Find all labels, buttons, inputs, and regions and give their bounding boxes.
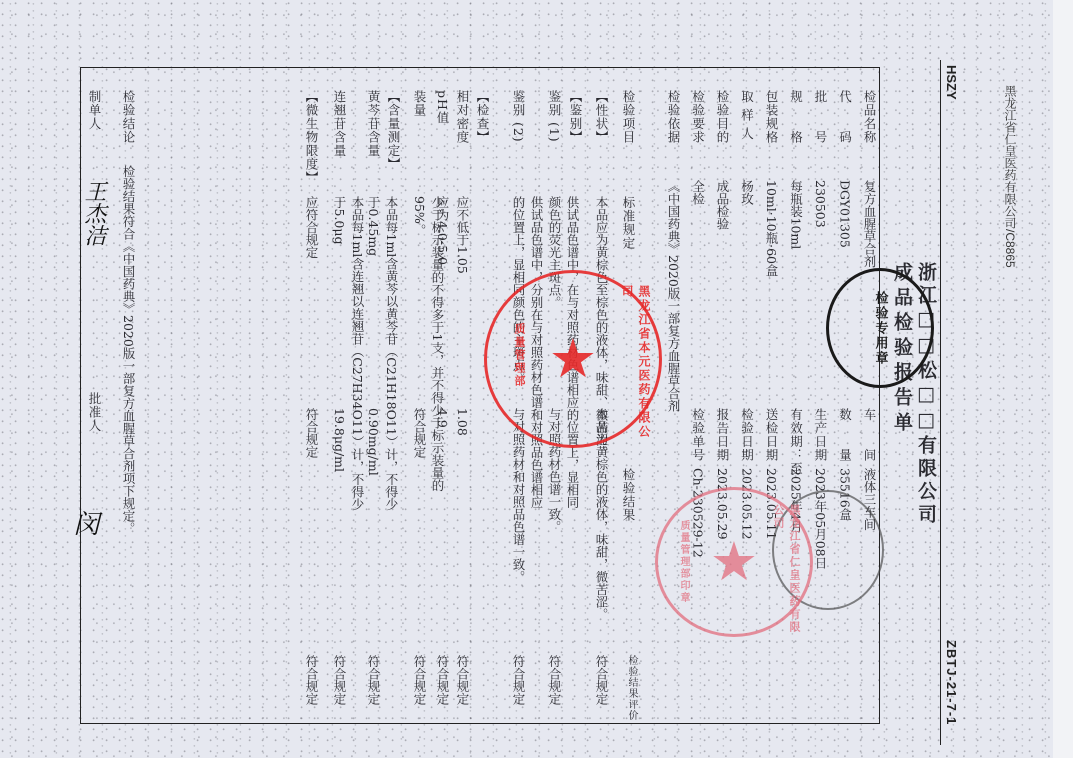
info-label: 检验单号 bbox=[689, 408, 707, 462]
info-value: 液体三车间 bbox=[860, 468, 878, 531]
info-label: 生产日期 bbox=[811, 408, 829, 462]
test-item: 连翘苷含量 bbox=[330, 90, 348, 158]
info-value: 全检 bbox=[689, 180, 707, 205]
info-value: Ch-230529-12 bbox=[689, 468, 707, 558]
info-value: 10ml·10瓶·60盒 bbox=[762, 180, 780, 277]
test-result: 本品为黄棕色的液体，味甜，微苦涩。 bbox=[592, 408, 610, 638]
info-label: 检验目的 bbox=[713, 90, 731, 144]
info-value: 复方血腥草合剂 bbox=[860, 180, 878, 268]
company-name: 浙江□□松□□有限公司 bbox=[913, 262, 940, 527]
test-result: 19.8μg/ml bbox=[330, 408, 348, 638]
test-evaluation: 符合规定 bbox=[364, 655, 382, 705]
test-evaluation: 符合规定 bbox=[453, 655, 471, 705]
source-line: 黑龙江省仁皇医药有限公司/C8865 bbox=[1002, 85, 1019, 268]
info-label: 检品名称 bbox=[860, 90, 878, 144]
info-value: 2023年05月08日 bbox=[811, 468, 829, 569]
info-value: 每瓶装10ml bbox=[787, 180, 805, 249]
test-item: 鉴别 (1) bbox=[545, 90, 563, 143]
test-item: 【性状】 bbox=[592, 90, 610, 144]
approver-label: 批准人 bbox=[85, 392, 103, 433]
brand-mark: HSZY bbox=[944, 65, 959, 100]
info-value: 2023.05.11 bbox=[762, 468, 780, 540]
info-label: 取 样 人 bbox=[738, 90, 756, 140]
form-code: ZBTJ-21-7-1 bbox=[944, 640, 959, 725]
preparer-label: 制单人 bbox=[85, 90, 103, 131]
test-evaluation: 符合规定 bbox=[509, 655, 527, 705]
info-value: 《中国药典》2020版一部复方血腥草合剂 bbox=[664, 180, 682, 412]
test-item: pH值 bbox=[433, 90, 451, 124]
info-label: 报告日期 bbox=[713, 408, 731, 462]
test-result: 1.08 bbox=[453, 408, 471, 638]
page-edge bbox=[1053, 0, 1073, 758]
conclusion-label: 检验结论 bbox=[119, 90, 137, 144]
info-label: 车 间 bbox=[860, 408, 878, 462]
test-evaluation: 符合规定 bbox=[330, 655, 348, 705]
info-value: DGY01305 bbox=[836, 180, 854, 248]
info-label: 规 格 bbox=[787, 90, 805, 144]
header-item: 检验项目 bbox=[619, 90, 637, 144]
conclusion-text: 检验结果符合《中国药典》2020版一部复方血腥草合剂项下规定。 bbox=[119, 165, 137, 534]
approver-signature: 闵 bbox=[66, 510, 103, 536]
info-label: 检验日期 bbox=[738, 408, 756, 462]
info-label: 包装规格 bbox=[762, 90, 780, 144]
test-item: 装量 bbox=[410, 90, 428, 117]
test-result: 0.90mg/ml bbox=[364, 408, 382, 638]
test-item: 【检查】 bbox=[473, 90, 491, 144]
test-result: 符合规定 bbox=[410, 408, 428, 638]
info-value: 2023.05.29 bbox=[713, 468, 731, 540]
info-label: 数 量 bbox=[836, 408, 854, 462]
test-evaluation: 符合规定 bbox=[410, 655, 428, 705]
test-item: 【含量测定】 bbox=[384, 90, 402, 171]
test-item: 鉴别 (2) bbox=[509, 90, 527, 143]
info-value: 杨玫 bbox=[738, 180, 756, 205]
info-label: 检验依据 bbox=[664, 90, 682, 144]
test-evaluation: 符合规定 bbox=[545, 655, 563, 705]
test-item: 【微生物限度】 bbox=[302, 90, 320, 185]
test-item: 【鉴别】 bbox=[566, 90, 584, 144]
info-value: 35516盒 bbox=[836, 468, 854, 520]
test-result: 与对照药材和对照品色谱一致。 bbox=[509, 408, 527, 638]
info-value: 成品检验 bbox=[713, 180, 731, 230]
header-result: 检验结果 bbox=[619, 468, 637, 522]
report-title: 成品检验报告单 bbox=[889, 262, 916, 437]
test-result: 与对照药材色谱一致。 bbox=[545, 408, 563, 638]
info-value: 2025年4月 bbox=[787, 468, 805, 533]
info-label: 检验要求 bbox=[689, 90, 707, 144]
info-label: 有效期：至 bbox=[787, 408, 805, 476]
test-evaluation: 符合规定 bbox=[592, 655, 610, 705]
test-item: 黄芩苷含量 bbox=[364, 90, 382, 158]
header-evaluation: 检验结果评价 bbox=[622, 655, 640, 721]
info-value: 2023.05.12 bbox=[738, 468, 756, 540]
info-label: 送检日期 bbox=[762, 408, 780, 462]
info-label: 代 码 bbox=[836, 90, 854, 144]
test-evaluation: 符合规定 bbox=[433, 655, 451, 705]
info-label: 批 号 bbox=[811, 90, 829, 144]
test-evaluation: 符合规定 bbox=[302, 655, 320, 705]
header-rule bbox=[940, 60, 941, 745]
report-frame bbox=[80, 67, 880, 724]
info-value: 230503 bbox=[811, 180, 829, 228]
test-item: 相对密度 bbox=[453, 90, 471, 144]
header-standard: 标准规定 bbox=[619, 196, 637, 250]
preparer-signature: 王杰洁 bbox=[78, 180, 109, 246]
test-result: 符合规定 bbox=[302, 408, 320, 638]
